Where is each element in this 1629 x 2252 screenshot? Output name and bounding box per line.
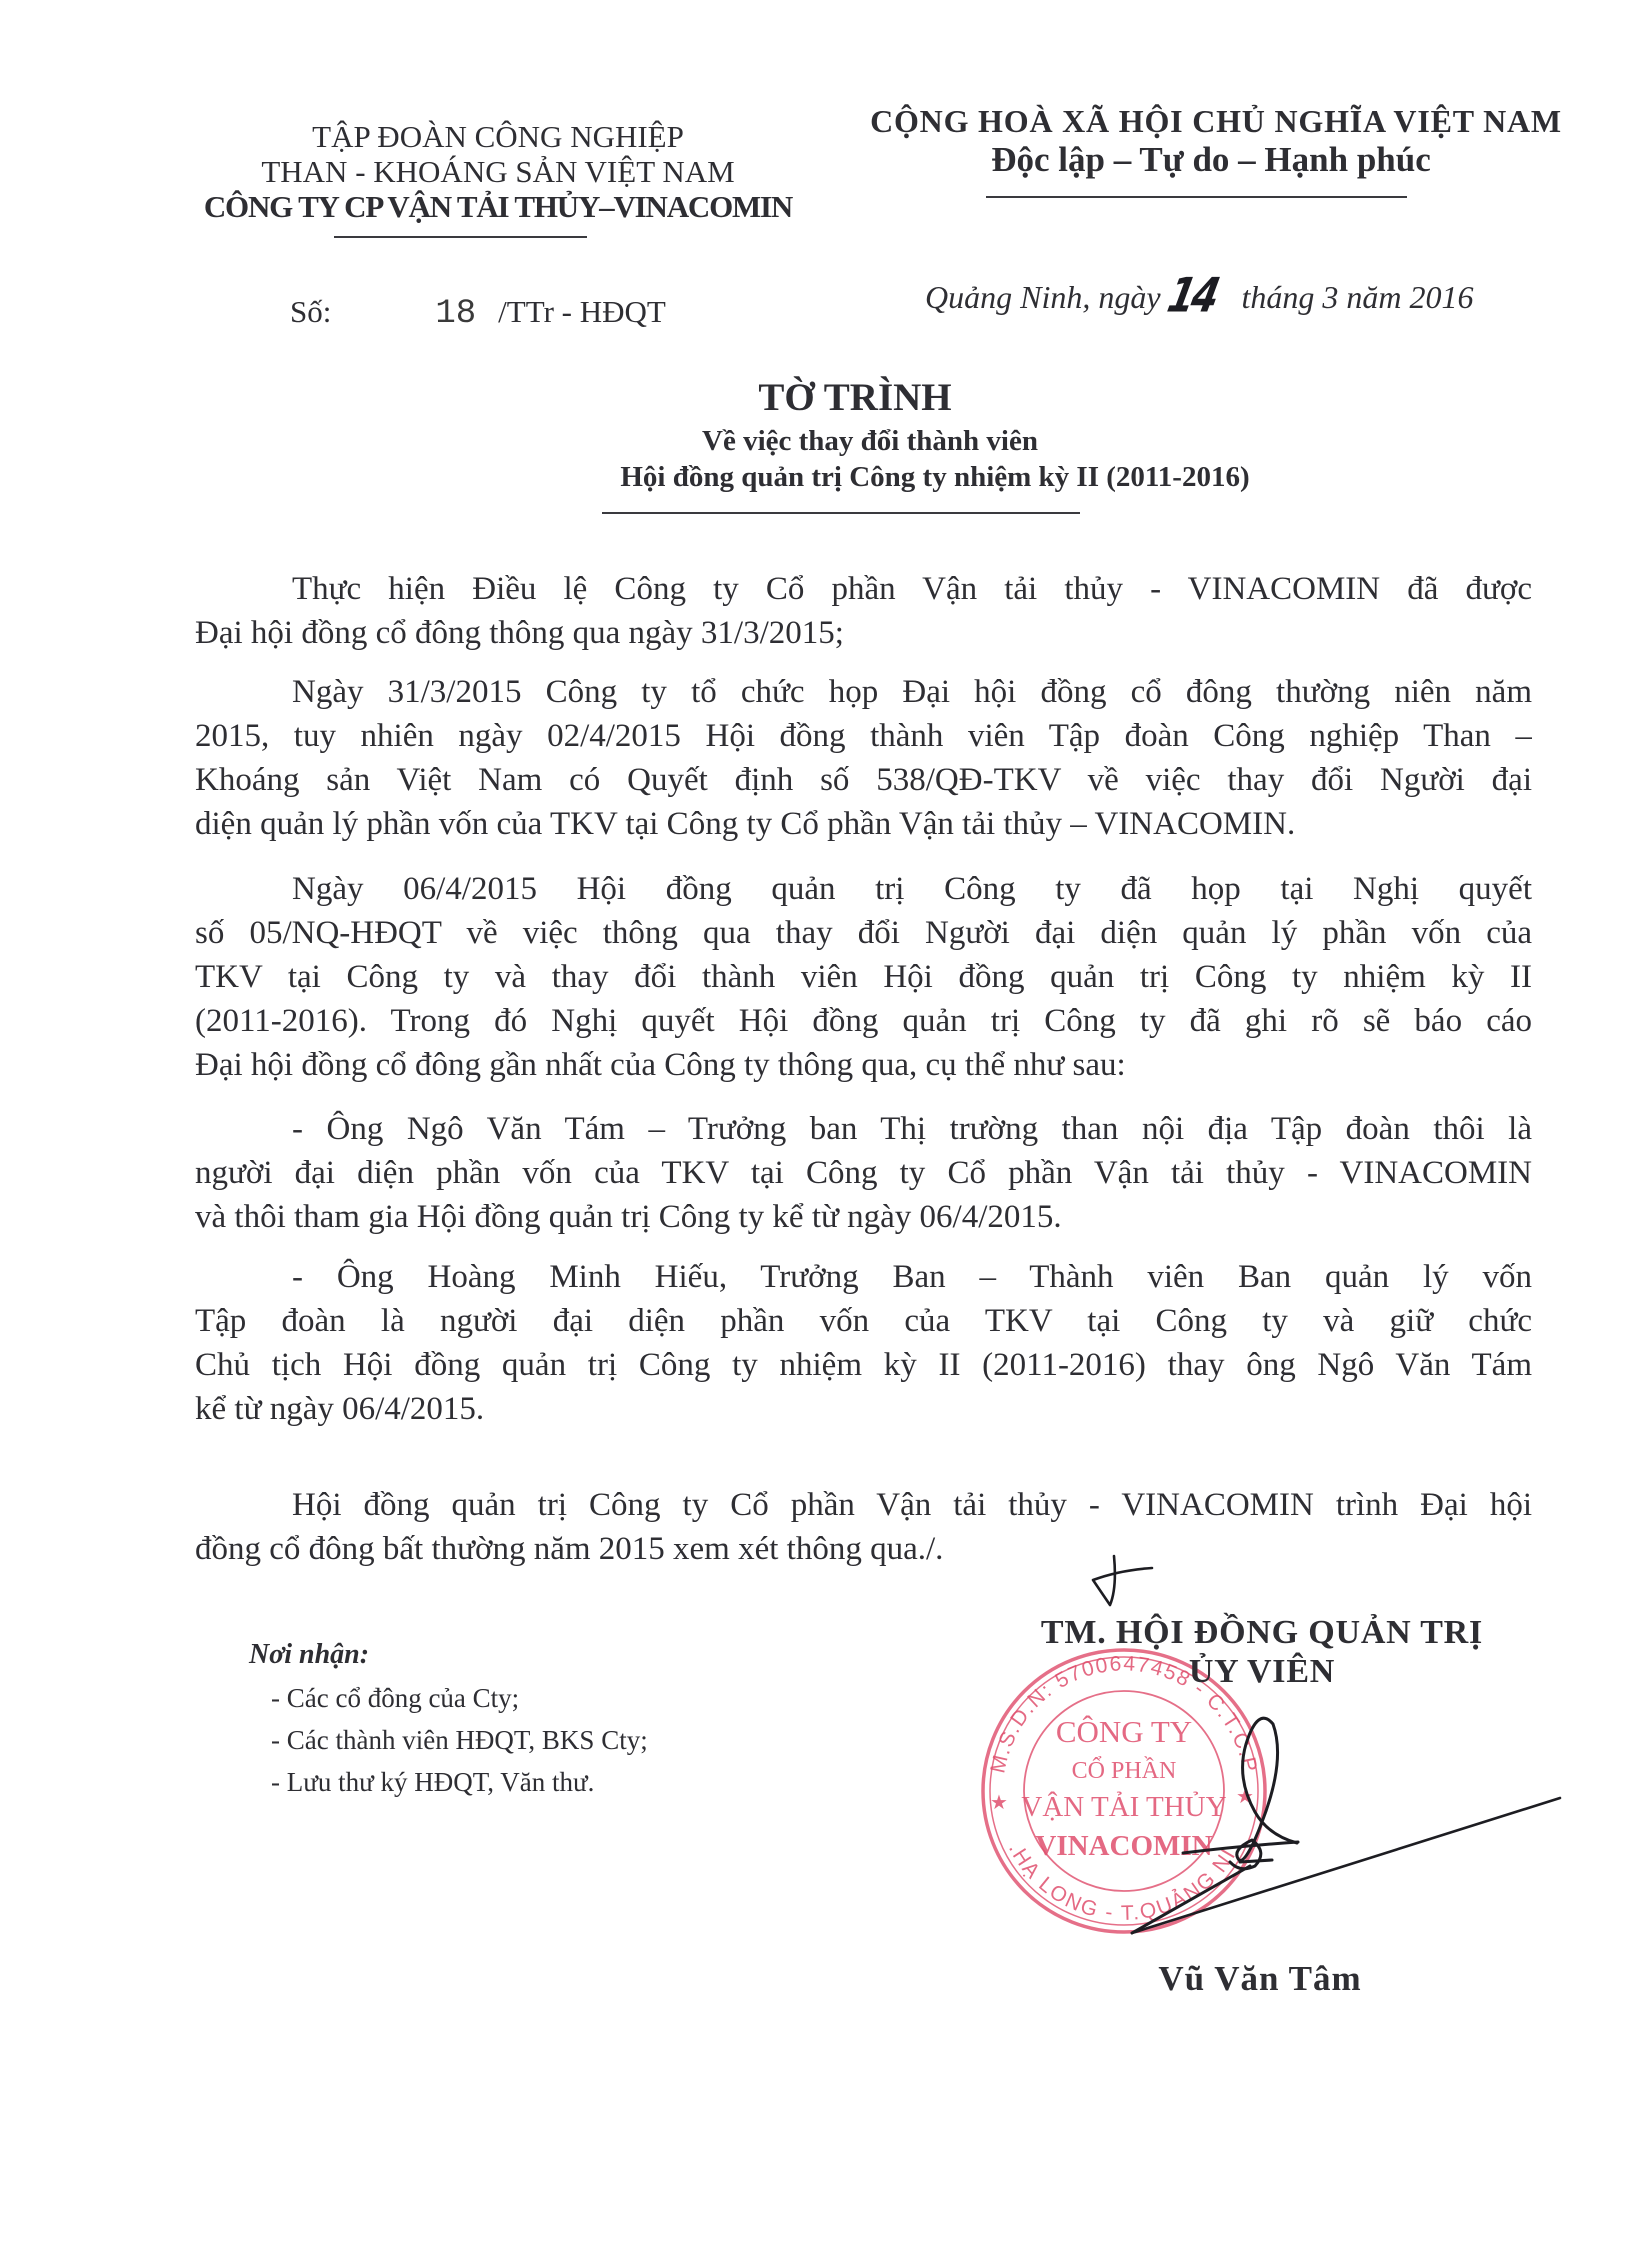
document-number: Số: 18 /TTr - HĐQT bbox=[290, 296, 666, 331]
seal-star-left-icon: ★ bbox=[990, 1792, 1008, 1814]
recipient-item: - Lưu thư ký HĐQT, Văn thư. bbox=[271, 1769, 594, 1796]
date-month-year: tháng 3 năm 2016 bbox=[1241, 281, 1473, 313]
company-name: CÔNG TY CP VẬN TẢI THỦY–VINACOMIN bbox=[48, 191, 948, 222]
text-line: - Ông Hoàng Minh Hiếu, Trưởng Ban – Thàn… bbox=[195, 1255, 1532, 1299]
text-line: Ngày 06/4/2015 Hội đồng quản trị Công ty… bbox=[195, 867, 1532, 911]
text-line: và thôi tham gia Hội đồng quản trị Công … bbox=[195, 1195, 1532, 1239]
text-line: Hội đồng quản trị Công ty Cổ phần Vận tả… bbox=[195, 1483, 1532, 1527]
text-line: kể từ ngày 06/4/2015. bbox=[195, 1387, 1532, 1431]
date-place: Quảng Ninh, ngày bbox=[925, 281, 1161, 313]
seal-line-4: VINACOMIN bbox=[1035, 1830, 1212, 1862]
seal-line-3: VẬN TẢI THỦY bbox=[1021, 1790, 1226, 1823]
text-line: Ngày 31/3/2015 Công ty tổ chức họp Đại h… bbox=[195, 670, 1532, 714]
seal-inner-ring bbox=[1024, 1691, 1224, 1891]
seal-line-2: CỔ PHẦN bbox=[1072, 1757, 1177, 1784]
subtitle-line-2: Hội đồng quản trị Công ty nhiệm kỳ II (2… bbox=[485, 463, 1385, 492]
nation-title: CỘNG HOÀ XÃ HỘI CHỦ NGHĨA VIỆT NAM bbox=[766, 105, 1629, 137]
recipient-item: - Các cổ đông của Cty; bbox=[271, 1685, 519, 1712]
seal-line-1: CÔNG TY bbox=[1056, 1714, 1192, 1749]
text-line: Tập đoàn là người đại diện phần vốn của … bbox=[195, 1299, 1532, 1343]
paragraph-resolution: Ngày 06/4/2015 Hội đồng quản trị Công ty… bbox=[195, 867, 1532, 1087]
subtitle-line-1: Về việc thay đổi thành viên bbox=[420, 427, 1320, 456]
text-line: số 05/NQ-HĐQT về việc thông qua thay đổi… bbox=[195, 911, 1532, 955]
text-line: Thực hiện Điều lệ Công ty Cổ phần Vận tả… bbox=[195, 567, 1532, 611]
doc-number-suffix: /TTr - HĐQT bbox=[498, 296, 666, 327]
text-line: Đại hội đồng cổ đông gần nhất của Công t… bbox=[195, 1043, 1532, 1087]
title-underline bbox=[602, 512, 1080, 514]
text-line: TKV tại Công ty và thay đổi thành viên H… bbox=[195, 955, 1532, 999]
bullet-ngo-van-tam: - Ông Ngô Văn Tám – Trưởng ban Thị trườn… bbox=[195, 1107, 1532, 1239]
document-title: TỜ TRÌNH bbox=[405, 378, 1305, 417]
text-line: diện quản lý phần vốn của TKV tại Công t… bbox=[195, 802, 1532, 846]
text-line: đồng cổ đông bất thường năm 2015 xem xét… bbox=[195, 1527, 1532, 1571]
company-seal-stamp bbox=[983, 1650, 1265, 1932]
text-line: người đại diện phần vốn của TKV tại Công… bbox=[195, 1151, 1532, 1195]
bullet-hoang-minh-hieu: - Ông Hoàng Minh Hiếu, Trưởng Ban – Thàn… bbox=[195, 1255, 1532, 1431]
seal-outer-ring bbox=[983, 1650, 1265, 1932]
text-line: (2011-2016). Trong đó Nghị quyết Hội đồn… bbox=[195, 999, 1532, 1043]
recipients-label: Nơi nhận: bbox=[249, 1641, 369, 1669]
paragraph-charter: Thực hiện Điều lệ Công ty Cổ phần Vận tả… bbox=[195, 567, 1532, 655]
motto-underline bbox=[986, 196, 1407, 198]
date-day-handwritten: 14 bbox=[1163, 271, 1220, 319]
signer-name: Vũ Văn Tâm bbox=[810, 1961, 1629, 1996]
paragraph-agm: Ngày 31/3/2015 Công ty tổ chức họp Đại h… bbox=[195, 670, 1532, 846]
text-line: - Ông Ngô Văn Tám – Trưởng ban Thị trườn… bbox=[195, 1107, 1532, 1151]
doc-number-value: 18 bbox=[435, 297, 476, 331]
text-line: Chủ tịch Hội đồng quản trị Công ty nhiệm… bbox=[195, 1343, 1532, 1387]
signature-on-behalf: TM. HỘI ĐỒNG QUẢN TRỊ bbox=[812, 1616, 1629, 1650]
recipient-item: - Các thành viên HĐQT, BKS Cty; bbox=[271, 1727, 648, 1754]
company-underline bbox=[334, 236, 587, 238]
text-line: Đại hội đồng cổ đông thông qua ngày 31/3… bbox=[195, 611, 1532, 655]
text-line: Khoáng sản Việt Nam có Quyết định số 538… bbox=[195, 758, 1532, 802]
signature-position: ỦY VIÊN bbox=[812, 1655, 1629, 1689]
nation-motto: Độc lập – Tự do – Hạnh phúc bbox=[761, 142, 1629, 177]
seal-second-ring bbox=[990, 1657, 1258, 1925]
document-date: Quảng Ninh, ngày 14 tháng 3 năm 2016 bbox=[925, 276, 1473, 314]
signature-icon bbox=[1132, 1718, 1560, 1933]
text-line: 2015, tuy nhiên ngày 02/4/2015 Hội đồng … bbox=[195, 714, 1532, 758]
doc-number-prefix: Số: bbox=[290, 296, 331, 327]
seal-star-right-icon: ★ bbox=[1236, 1786, 1254, 1808]
paragraph-closing: Hội đồng quản trị Công ty Cổ phần Vận tả… bbox=[195, 1483, 1532, 1571]
